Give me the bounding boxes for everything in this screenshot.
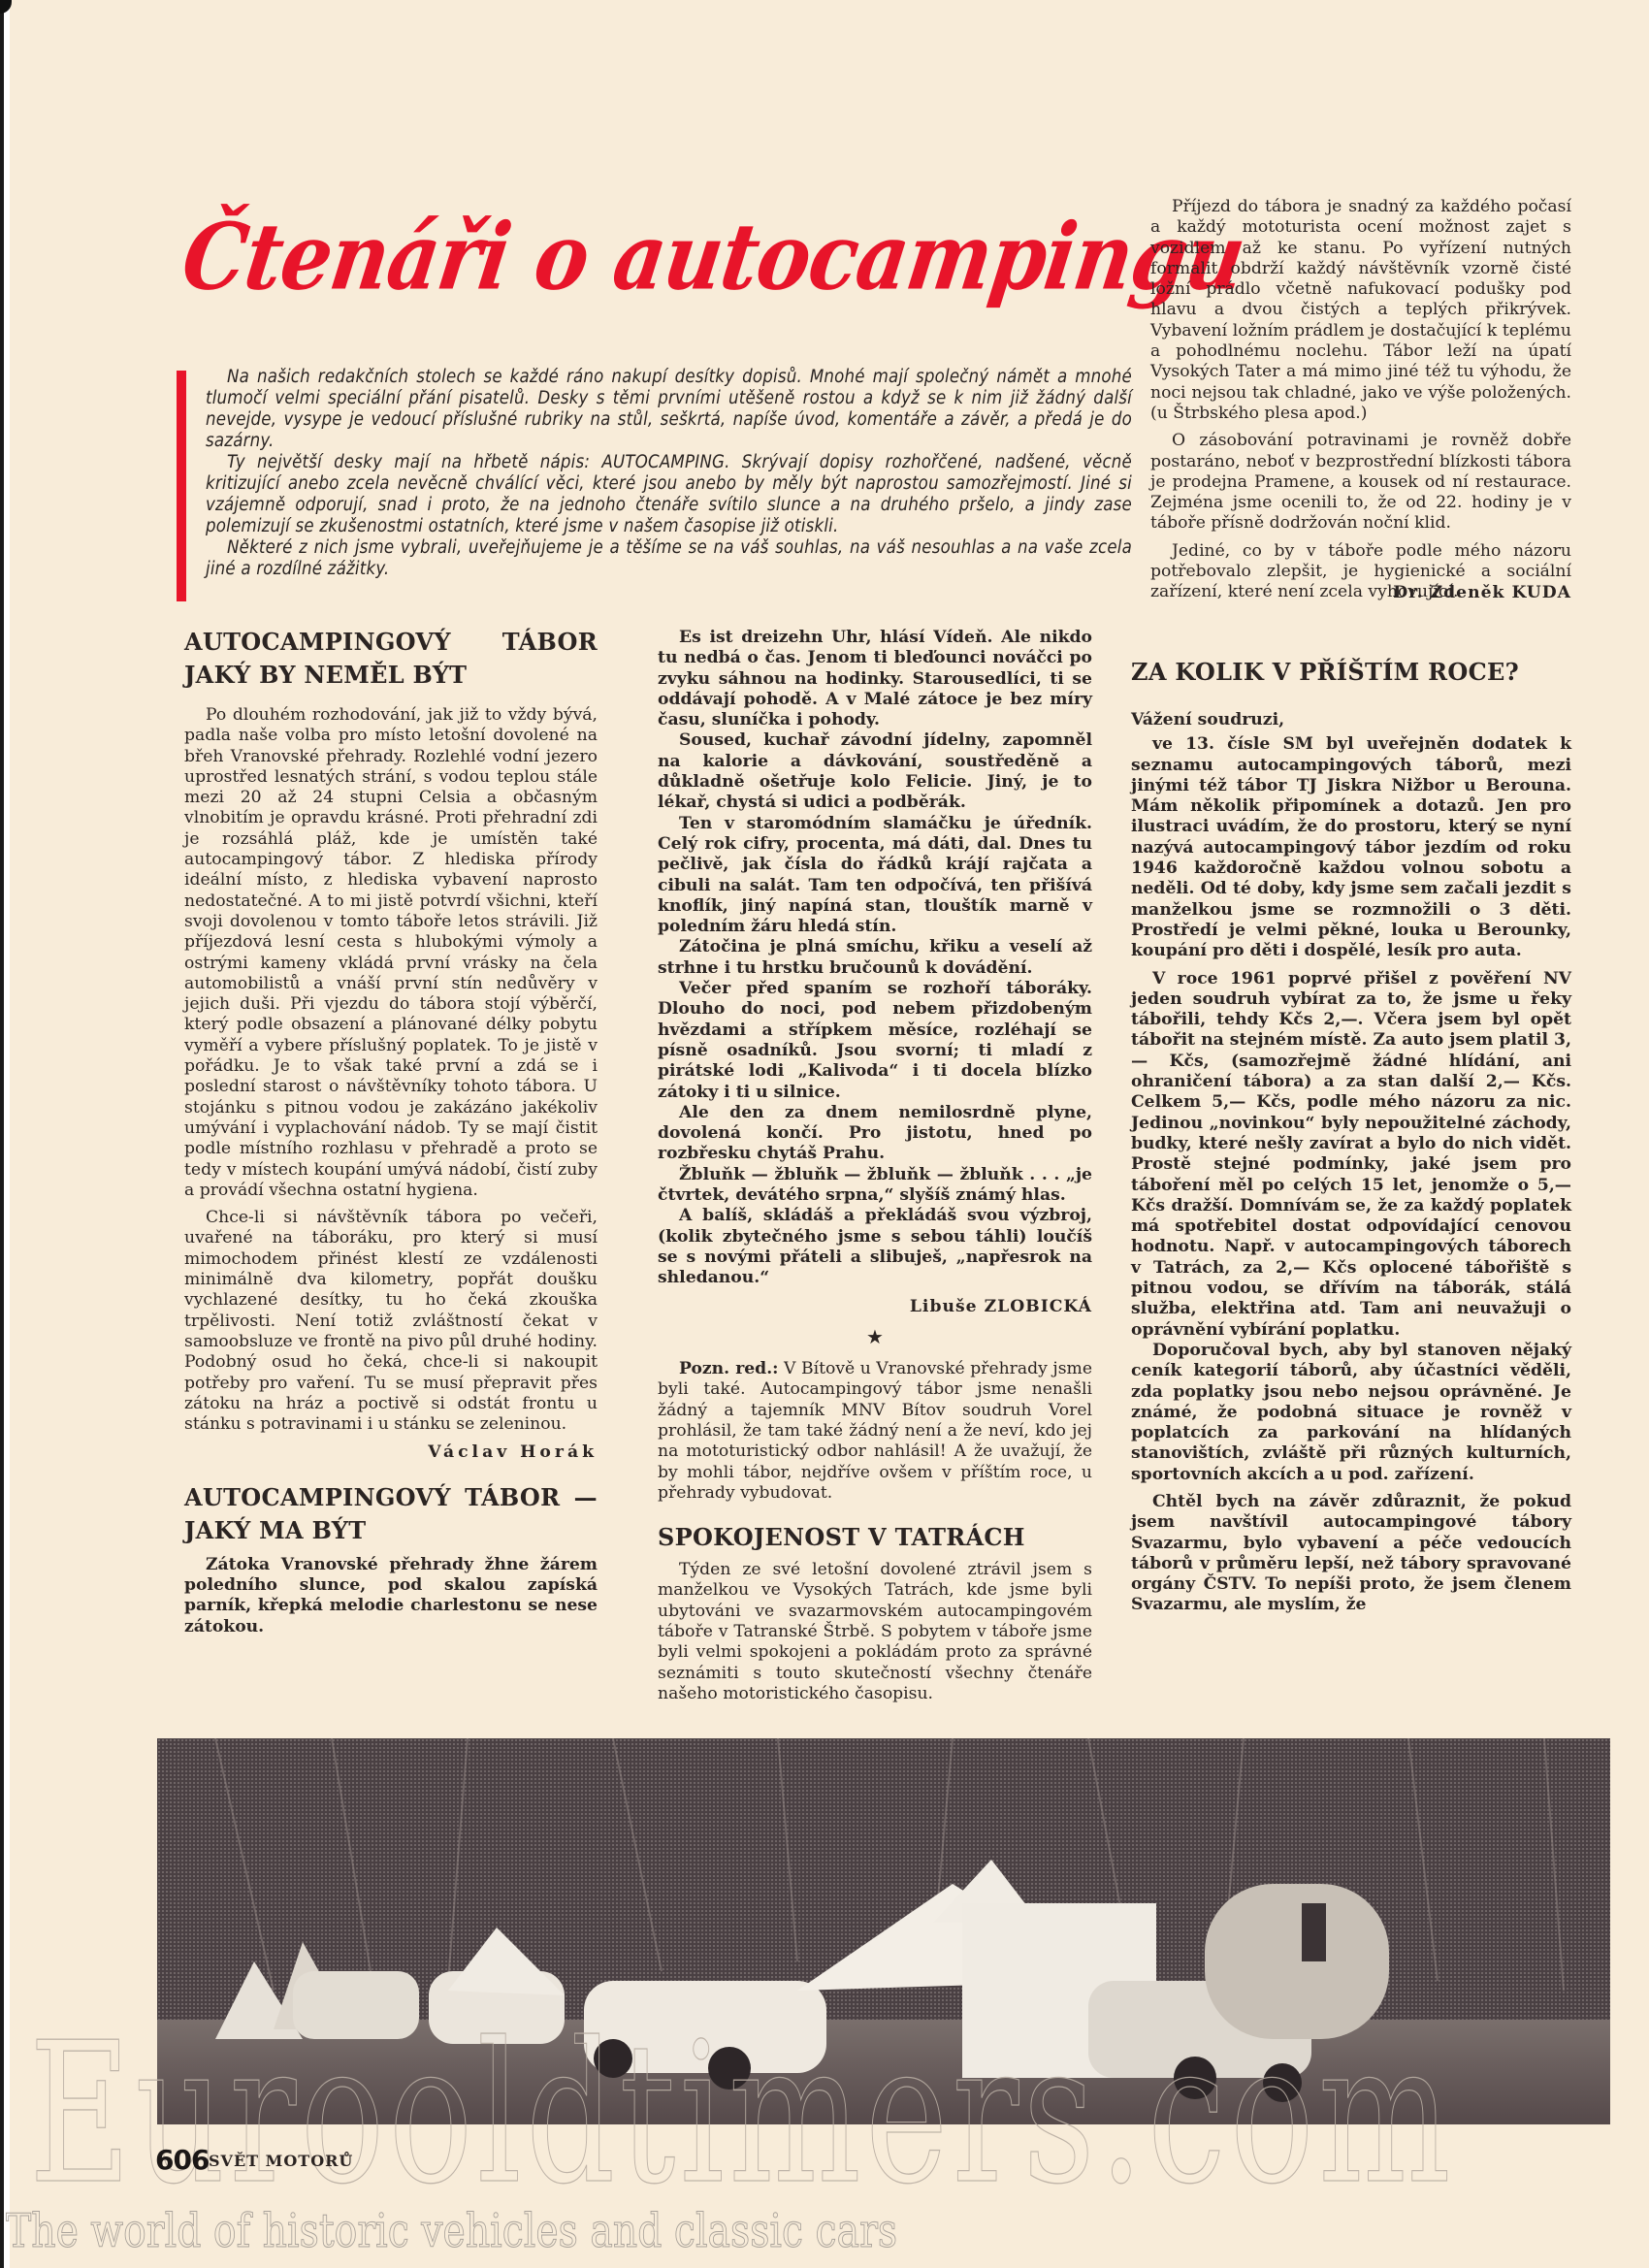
editor-note-text: V Bítově u Vranovské přehrady jsme byli … (658, 1359, 1092, 1503)
article-paragraph: Doporučoval bych, aby byl stanoven nějak… (1131, 1341, 1571, 1485)
article-heading: AUTOCAMPINGOVÝ TÁBOR JAKÝ BY NEMĚL BÝT (184, 626, 598, 692)
article-paragraph: ve 13. čísle SM byl uveřejněn dodatek k … (1131, 734, 1571, 961)
article-paragraph: Zátočina je plná smíchu, křiku a veselí … (658, 937, 1092, 979)
page-corner-shadow (0, 0, 12, 14)
article-heading: AUTOCAMPINGOVÝ TÁBOR — JAKÝ MA BÝT (184, 1481, 598, 1547)
article-paragraph: Soused, kuchař závodní jídelny, zapomněl… (658, 730, 1092, 813)
article-author: Libuše ZLOBICKÁ (658, 1297, 1092, 1317)
page-title: Čtenáři o autocampingu (178, 211, 1250, 303)
article-paragraph: O zásobování potravinami je rovněž dobře… (1150, 431, 1571, 534)
article-paragraph: Chtěl bych na závěr zdůraznit, že pokud … (1131, 1492, 1571, 1616)
editor-note-label: Pozn. red.: (679, 1359, 779, 1378)
article-paragraph: Příjezd do tábora je snadný za každého p… (1150, 197, 1571, 424)
editor-note: Pozn. red.: V Bítově u Vranovské přehrad… (658, 1359, 1092, 1504)
article-paragraph: Zátoka Vranovské přehrady žhne žárem pol… (184, 1555, 598, 1637)
column-3-top: Příjezd do tábora je snadný za každého p… (1150, 197, 1571, 603)
article-paragraph: V roce 1961 poprvé přišel z pověření NV … (1131, 969, 1571, 1341)
article-paragraph: Večer před spaním se rozhoří táboráky. D… (658, 979, 1092, 1103)
watermark-site: Eurooldtimers.com (29, 2018, 1455, 2212)
article-paragraph: Žbluňk — žbluňk — žbluňk — žbluňk . . . … (658, 1165, 1092, 1207)
intro-paragraph: Ty největší desky mají na hřbetě nápis: … (206, 452, 1132, 537)
intro-paragraph: Některé z nich jsme vybrali, uveřejňujem… (206, 537, 1132, 580)
letter-salutation: Vážení soudruzi, (1131, 710, 1571, 730)
column-1: AUTOCAMPINGOVÝ TÁBOR JAKÝ BY NEMĚL BÝT P… (184, 626, 598, 1637)
page-number: 606 (155, 2144, 209, 2176)
intro-accent-bar (177, 371, 186, 601)
article-paragraph: Ale den za dnem nemilosrdně plyne, dovol… (658, 1103, 1092, 1165)
article-paragraph: Es ist dreizehn Uhr, hlásí Vídeň. Ale ni… (658, 628, 1092, 730)
article-paragraph: Po dlouhém rozhodování, jak již to vždy … (184, 705, 598, 1201)
intro-paragraph: Na našich redakčních stolech se každé rá… (206, 367, 1132, 452)
article-paragraph: Týden ze své letošní dovolené ztrávil js… (658, 1560, 1092, 1704)
article-paragraph: A balíš, skládáš a překládáš svou výzbro… (658, 1206, 1092, 1288)
intro-block: Na našich redakčních stolech se každé rá… (177, 367, 1132, 580)
column-3: ZA KOLIK V PŘÍŠTÍM ROCE? Vážení soudruzi… (1131, 656, 1571, 1616)
watermark-tagline: The world of historic vehicles and class… (6, 2204, 897, 2258)
column-2: Es ist dreizehn Uhr, hlásí Vídeň. Ale ni… (658, 628, 1092, 1704)
article-paragraph: Ten v staromódním slamáčku je úředník. C… (658, 814, 1092, 938)
magazine-name: SVĚT MOTORŮ (209, 2152, 353, 2170)
article-heading: SPOKOJENOST V TATRÁCH (658, 1521, 1092, 1554)
article-paragraph: Chce-li si návštěvník tábora po večeři, … (184, 1208, 598, 1435)
star-separator-icon: ★ (658, 1327, 1092, 1347)
article-author: Václav Horák (184, 1442, 598, 1463)
page-edge (0, 0, 10, 2268)
article-heading: ZA KOLIK V PŘÍŠTÍM ROCE? (1131, 656, 1571, 689)
